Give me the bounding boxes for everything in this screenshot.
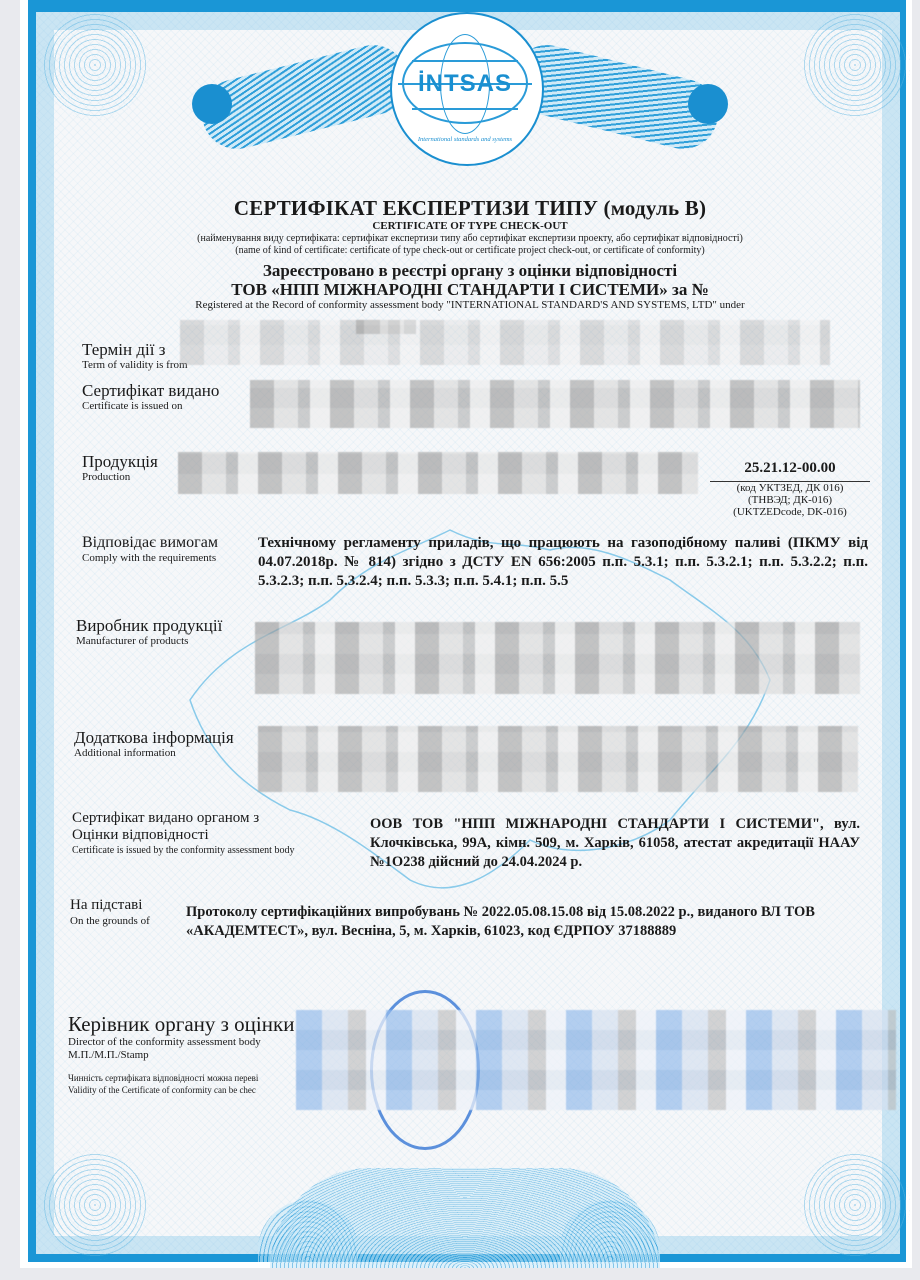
validity-note-en: Validity of the Certificate of conformit… — [68, 1084, 294, 1096]
redacted-director-signature — [296, 1010, 896, 1110]
grounds-label-ua: На підставі — [70, 896, 150, 915]
director-label: Керівник органу з оцінки Director of the… — [68, 1013, 294, 1096]
production-label: Продукція Production — [82, 452, 158, 484]
bottom-guilloche-rosette — [270, 1168, 660, 1268]
manufacturer-label-en: Manufacturer of products — [76, 635, 222, 648]
issued-on-label: Сертифікат видано Certificate is issued … — [82, 381, 219, 413]
registered-line-1: Зареєстровано в реєстрі органу з оцінки … — [60, 261, 880, 280]
term-label: Термін дії з Term of validity is from — [82, 340, 188, 372]
manufacturer-label-ua: Виробник продукції — [76, 616, 222, 635]
ribbon-curl-icon — [688, 84, 728, 124]
grounds-label: На підставі On the grounds of — [70, 896, 150, 928]
grounds-label-en: On the grounds of — [70, 915, 150, 928]
product-code-note: (код УКТЗЕД, ДК 016) — [710, 482, 870, 494]
registered-line-2: ТОВ «НПП МІЖНАРОДНІ СТАНДАРТИ І СИСТЕМИ»… — [60, 280, 880, 299]
director-label-ua: Керівник органу з оцінки — [68, 1013, 294, 1036]
globe-parallel — [412, 60, 518, 62]
issued-on-label-ua: Сертифікат видано — [82, 381, 219, 400]
certificate-title: СЕРТИФІКАТ ЕКСПЕРТИЗИ ТИПУ (модуль В) — [60, 196, 880, 220]
issued-on-label-en: Certificate is issued on — [82, 400, 219, 413]
additional-info-label-en: Additional information — [74, 747, 234, 760]
product-code-note: (UKTZEDcode, DK-016) — [710, 506, 870, 518]
product-code-value: 25.21.12-00.00 — [710, 460, 870, 482]
kind-note-en: (name of kind of certificate: certificat… — [60, 245, 880, 257]
additional-info-label-ua: Додаткова інформація — [74, 728, 234, 747]
term-label-ua: Термін дії з — [82, 340, 188, 359]
registered-en: Registered at the Record of conformity a… — [60, 299, 880, 312]
grounds-value: Протоколу сертифікаційних випробувань № … — [186, 903, 866, 941]
requirements-value: Технічному регламенту приладів, що працю… — [258, 534, 868, 591]
redacted-additional-info — [258, 726, 858, 792]
term-label-en: Term of validity is from — [82, 359, 188, 372]
issuer-label-en: Certificate is issued by the conformity … — [72, 844, 294, 857]
requirements-label: Відповідає вимогам Comply with the requi… — [82, 533, 218, 565]
production-label-en: Production — [82, 471, 158, 484]
issuer-label-ua-1: Сертифікат видано органом з — [72, 810, 294, 827]
stamp-label: М.П./М.П./Stamp — [68, 1049, 294, 1062]
issuer-label-ua-2: Оцінки відповідності — [72, 827, 294, 844]
brand-tagline: International standards and systems — [390, 136, 540, 143]
issuer-label: Сертифікат видано органом з Оцінки відпо… — [72, 810, 294, 857]
redacted-issued-on — [250, 380, 860, 428]
additional-info-label: Додаткова інформація Additional informat… — [74, 728, 234, 760]
ribbon-curl-icon — [192, 84, 232, 124]
redacted-term — [180, 320, 830, 365]
requirements-label-en: Comply with the requirements — [82, 552, 218, 565]
manufacturer-label: Виробник продукції Manufacturer of produ… — [76, 616, 222, 648]
production-label-ua: Продукція — [82, 452, 158, 471]
validity-note-ua: Чинність сертифіката відповідності можна… — [68, 1072, 294, 1084]
product-code: 25.21.12-00.00 (код УКТЗЕД, ДК 016) (ТНВ… — [710, 460, 870, 518]
director-label-en: Director of the conformity assessment bo… — [68, 1036, 294, 1049]
kind-note-ua: (найменування виду сертифіката: сертифік… — [60, 233, 880, 245]
product-code-note: (ТНВЭД; ДК-016) — [710, 494, 870, 506]
globe-parallel — [412, 108, 518, 110]
intsas-logo: İNTSAS International standards and syste… — [190, 12, 730, 182]
brand-name: İNTSAS — [390, 70, 540, 98]
certificate-title-en: CERTIFICATE OF TYPE CHECK-OUT — [60, 220, 880, 233]
redacted-manufacturer — [255, 622, 860, 694]
requirements-label-ua: Відповідає вимогам — [82, 533, 218, 552]
issuer-value: ООВ ТОВ "НПП МІЖНАРОДНІ СТАНДАРТИ І СИСТ… — [370, 815, 860, 872]
redacted-production — [178, 452, 698, 494]
certificate-header: СЕРТИФІКАТ ЕКСПЕРТИЗИ ТИПУ (модуль В) CE… — [60, 196, 880, 312]
